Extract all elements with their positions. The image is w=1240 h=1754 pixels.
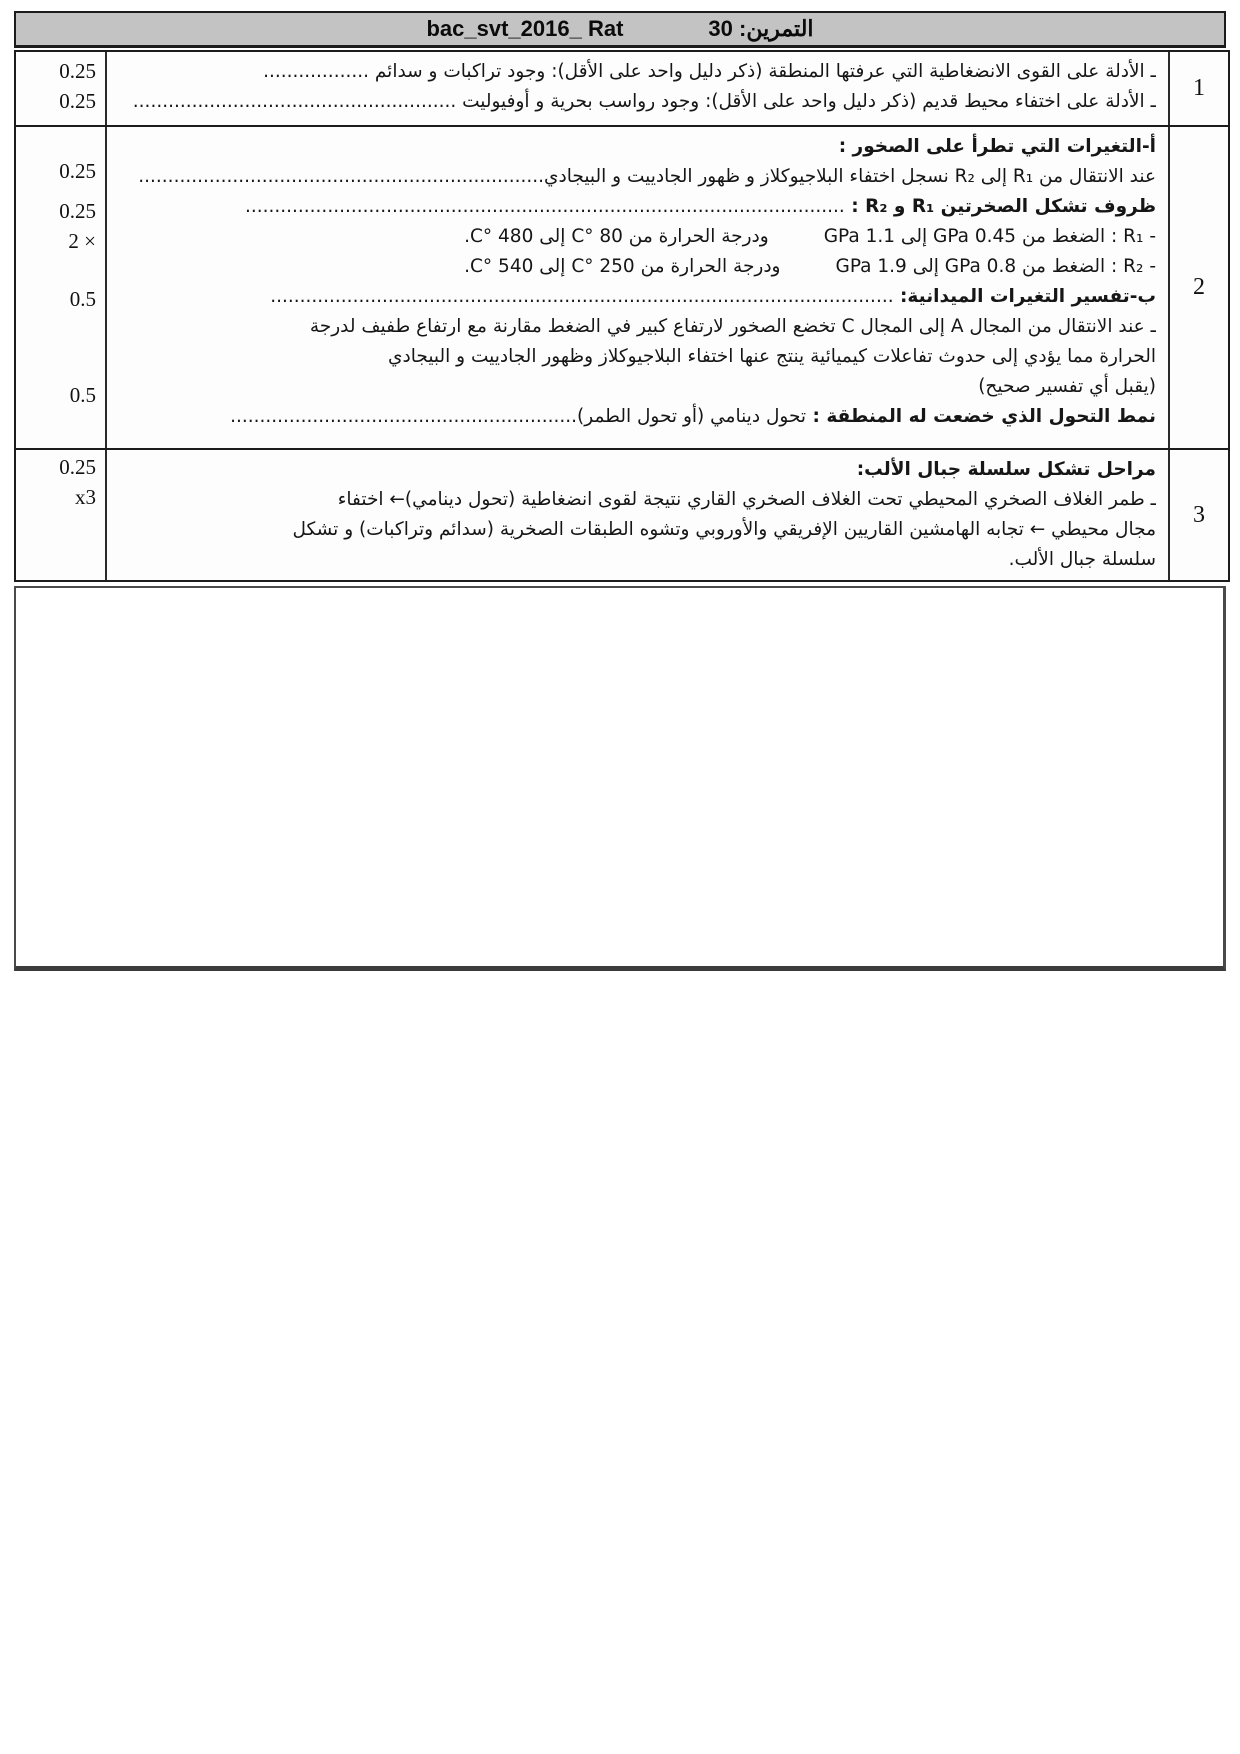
score-value: 0.5 <box>70 287 96 312</box>
score-cell-2: 0.25 0.25 2 × 0.5 0.5 <box>16 127 107 448</box>
alps-stage-line-2: مجال محيطي ← تجابه الهامشين القاريين الإ… <box>115 515 1156 545</box>
score-value: x3 <box>75 485 96 510</box>
score-value: 0.25 <box>59 89 96 114</box>
r1-pressure: - R₁ : الضغط من 0.45 GPa إلى 1.1 GPa <box>824 222 1156 252</box>
metamorphism-type-value: تحول دينامي (أو تحول الطمر) <box>577 406 806 427</box>
r1-conditions-line: - R₁ : الضغط من 0.45 GPa إلى 1.1 GPa ودر… <box>115 222 1156 252</box>
score-cell-3: 0.25 x3 <box>16 450 107 580</box>
score-value: 0.25 <box>59 59 96 84</box>
table-row-1: 0.25 0.25 ـ الأدلة على القوى الانضغاطية … <box>16 52 1228 127</box>
r2-pressure: - R₂ : الضغط من 0.8 GPa إلى 1.9 GPa <box>836 252 1157 282</box>
dotted-filler: ........................................… <box>270 286 893 307</box>
header-exercise-label: التمرين: 30 <box>708 16 813 42</box>
interpretation-note: (يقبل أي تفسير صحيح) <box>115 372 1156 402</box>
interpretation-line-2: الحرارة مما يؤدي إلى حدوث تفاعلات كيميائ… <box>115 342 1156 372</box>
number-cell-2: 2 <box>1168 127 1228 448</box>
formation-conditions-line: ظروف تشكل الصخرتين R₁ و R₂ : ...........… <box>115 192 1156 222</box>
score-value: 0.25 <box>59 159 96 184</box>
evidence-ocean-line: ـ الأدلة على اختفاء محيط قديم (ذكر دليل … <box>115 87 1156 117</box>
content-cell-2: أ-التغيرات التي تطرأ على الصخور : عند ال… <box>107 127 1168 448</box>
interpretation-line-1: ـ عند الانتقال من المجال A إلى المجال C … <box>115 312 1156 342</box>
dotted-filler: ........................................… <box>230 406 577 427</box>
score-value: 0.25 <box>59 455 96 480</box>
answer-space-box <box>14 586 1226 971</box>
section-b-title-line: ب-تفسير التغيرات الميدانية: ............… <box>115 282 1156 312</box>
content-cell-3: مراحل تشكل سلسلة جبال الألب: ـ طمر الغلا… <box>107 450 1168 580</box>
question-number: 3 <box>1193 502 1205 529</box>
evidence-compression-line: ـ الأدلة على القوى الانضغاطية التي عرفته… <box>115 57 1156 87</box>
metamorphism-type-label: نمط التحول الذي خضعت له المنطقة : <box>806 406 1156 427</box>
header-doc-code: bac_svt_2016_ Rat <box>426 16 623 42</box>
number-cell-3: 3 <box>1168 450 1228 580</box>
r2-temperature: ودرجة الحرارة من 250 °C إلى 540 °C. <box>464 252 780 282</box>
metamorphism-type-line: نمط التحول الذي خضعت له المنطقة : تحول د… <box>115 402 1156 432</box>
rock-transition-line: عند الانتقال من R₁ إلى R₂ نسجل اختفاء ال… <box>115 162 1156 192</box>
formation-conditions-label: ظروف تشكل الصخرتين R₁ و R₂ : <box>845 196 1156 217</box>
alps-stages-title: مراحل تشكل سلسلة جبال الألب: <box>115 455 1156 485</box>
score-value: 0.5 <box>70 383 96 408</box>
table-row-2: 0.25 0.25 2 × 0.5 0.5 أ-التغيرات التي تط… <box>16 127 1228 450</box>
answer-table: 0.25 0.25 ـ الأدلة على القوى الانضغاطية … <box>14 50 1230 582</box>
content-cell-1: ـ الأدلة على القوى الانضغاطية التي عرفته… <box>107 52 1168 125</box>
score-cell-1: 0.25 0.25 <box>16 52 107 125</box>
question-number: 2 <box>1193 274 1205 301</box>
dotted-filler: ........................................… <box>245 196 845 217</box>
document-page: bac_svt_2016_ Rat التمرين: 30 0.25 0.25 … <box>0 0 1240 1754</box>
alps-stage-line-1: ـ طمر الغلاف الصخري المحيطي تحت الغلاف ا… <box>115 485 1156 515</box>
table-row-3: 0.25 x3 مراحل تشكل سلسلة جبال الألب: ـ ط… <box>16 450 1228 580</box>
number-cell-1: 1 <box>1168 52 1228 125</box>
section-b-title: ب-تفسير التغيرات الميدانية: <box>894 286 1156 307</box>
section-a-title: أ-التغيرات التي تطرأ على الصخور : <box>115 132 1156 162</box>
r1-temperature: ودرجة الحرارة من 80 °C إلى 480 °C. <box>464 222 769 252</box>
score-value: 2 × <box>68 229 96 254</box>
header-bar: bac_svt_2016_ Rat التمرين: 30 <box>14 11 1226 48</box>
alps-stage-line-3: سلسلة جبال الألب. <box>115 545 1156 575</box>
r2-conditions-line: - R₂ : الضغط من 0.8 GPa إلى 1.9 GPa ودرج… <box>115 252 1156 282</box>
question-number: 1 <box>1193 75 1205 102</box>
score-value: 0.25 <box>59 199 96 224</box>
